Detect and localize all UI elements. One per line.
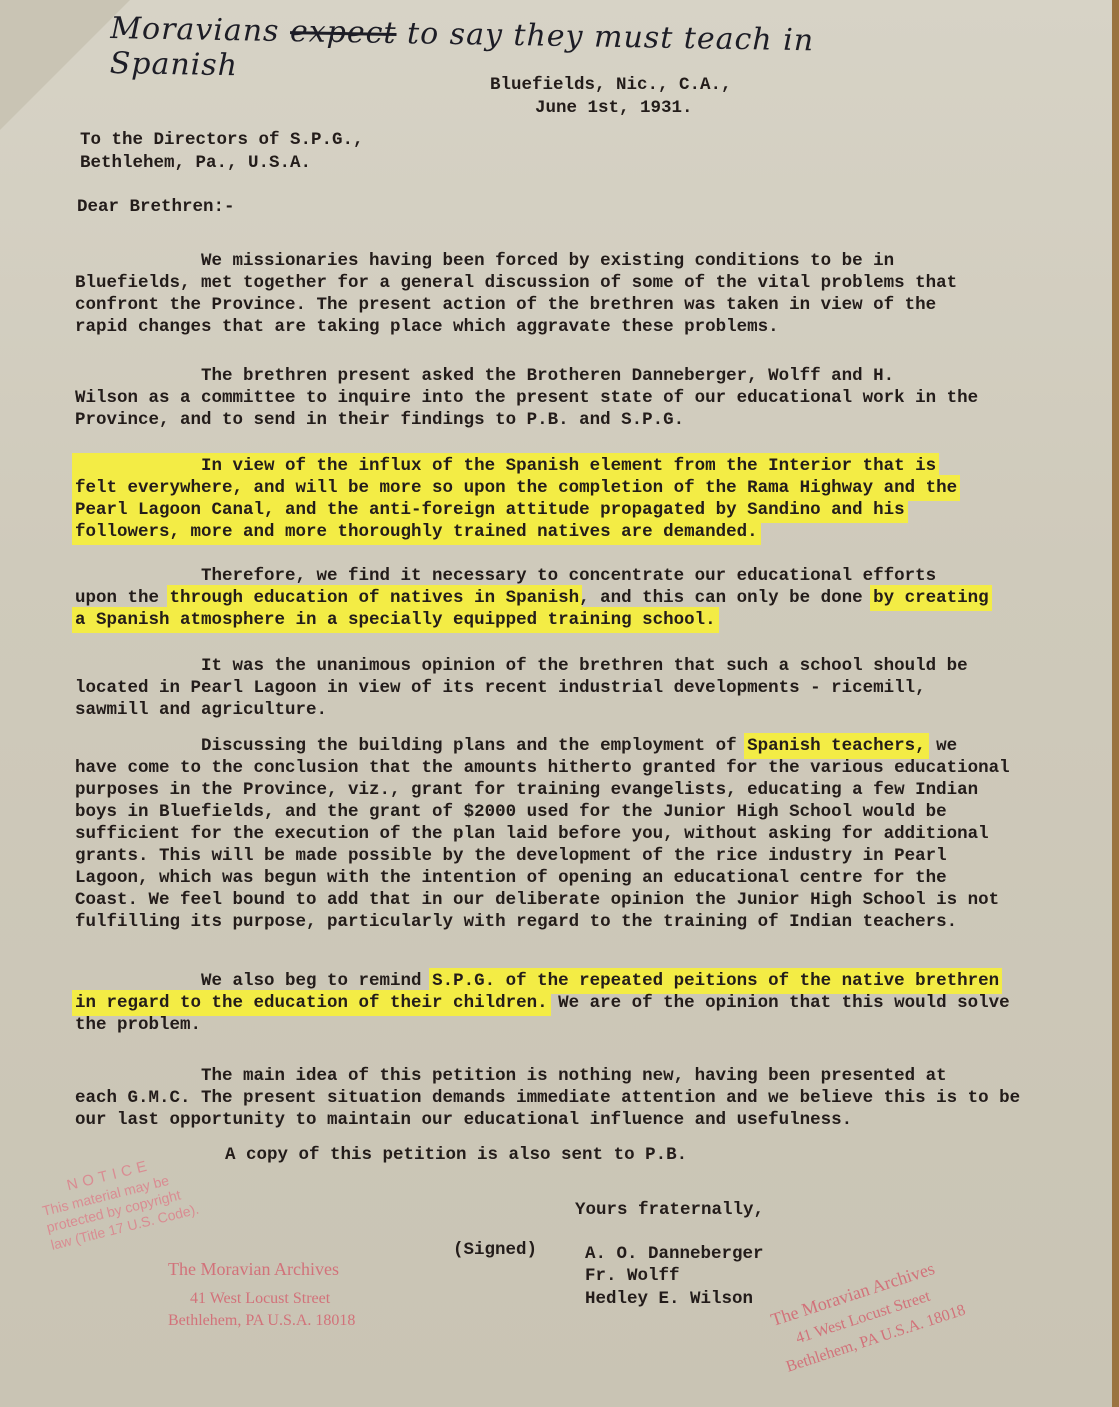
archive-street: 41 West Locust Street bbox=[168, 1289, 355, 1309]
line-text: Therefore, we find it necessary to conce… bbox=[75, 566, 936, 586]
paragraph-line: It was the unanimous opinion of the bret… bbox=[75, 655, 1065, 677]
paragraph-line: sufficient for the execution of the plan… bbox=[75, 823, 1065, 845]
paragraph: We missionaries having been forced by ex… bbox=[75, 250, 1065, 338]
paragraph-line: the problem. bbox=[75, 1014, 1065, 1036]
paragraph-line: felt everywhere, and will be more so upo… bbox=[75, 477, 1065, 499]
line-text: have come to the conclusion that the amo… bbox=[75, 758, 1010, 778]
addressee-line-2: Bethlehem, Pa., U.S.A. bbox=[80, 153, 311, 173]
line-text: It was the unanimous opinion of the bret… bbox=[75, 656, 968, 676]
line-text: Province, and to send in their findings … bbox=[75, 410, 684, 430]
copy-note: A copy of this petition is also sent to … bbox=[225, 1145, 687, 1165]
paragraph-line: purposes in the Province, viz., grant fo… bbox=[75, 779, 1065, 801]
paragraph: The main idea of this petition is nothin… bbox=[75, 1065, 1065, 1131]
highlighted-text: S.P.G. of the repeated peitions of the n… bbox=[432, 971, 999, 991]
page-edge bbox=[1112, 0, 1119, 1407]
paragraph-line: We also beg to remind S.P.G. of the repe… bbox=[75, 970, 1065, 992]
paragraph-line: Province, and to send in their findings … bbox=[75, 409, 1065, 431]
signatory-2: Fr. Wolff bbox=[585, 1266, 680, 1286]
paragraph-line: We missionaries having been forced by ex… bbox=[75, 250, 1065, 272]
paragraph-line: Pearl Lagoon Canal, and the anti-foreign… bbox=[75, 499, 1065, 521]
place-line: Bluefields, Nic., C.A., bbox=[490, 75, 732, 95]
line-text: We missionaries having been forced by ex… bbox=[75, 251, 894, 271]
highlighted-text: followers, more and more thoroughly trai… bbox=[75, 522, 758, 542]
paragraph: The brethren present asked the Brotheren… bbox=[75, 365, 1065, 431]
line-text: Wilson as a committee to inquire into th… bbox=[75, 388, 978, 408]
line-text: We also beg to remind bbox=[75, 971, 432, 991]
paragraph-line: a Spanish atmosphere in a specially equi… bbox=[75, 609, 1065, 631]
line-text: rapid changes that are taking place whic… bbox=[75, 317, 779, 337]
paragraph-line: our last opportunity to maintain our edu… bbox=[75, 1109, 1065, 1131]
line-text: we bbox=[926, 736, 958, 756]
paragraph-line: In view of the influx of the Spanish ele… bbox=[75, 455, 1065, 477]
paragraph-line: sawmill and agriculture. bbox=[75, 699, 1065, 721]
date-line: June 1st, 1931. bbox=[535, 98, 693, 118]
closing: Yours fraternally, bbox=[575, 1200, 764, 1220]
archive-city: Bethlehem, PA U.S.A. 18018 bbox=[168, 1311, 355, 1331]
line-text: located in Pearl Lagoon in view of its r… bbox=[75, 678, 926, 698]
letter-page: Moravians expect to say they must teach … bbox=[0, 0, 1112, 1407]
paragraph-line: followers, more and more thoroughly trai… bbox=[75, 521, 1065, 543]
line-text: the problem. bbox=[75, 1015, 201, 1035]
line-text: Bluefields, met together for a general d… bbox=[75, 273, 957, 293]
highlighted-text: Pearl Lagoon Canal, and the anti-foreign… bbox=[75, 500, 905, 520]
line-text: , and this can only be done bbox=[579, 588, 873, 608]
line-text: confront the Province. The present actio… bbox=[75, 295, 936, 315]
line-text: The main idea of this petition is nothin… bbox=[75, 1066, 947, 1086]
paragraph-line: grants. This will be made possible by th… bbox=[75, 845, 1065, 867]
line-text: upon the bbox=[75, 588, 170, 608]
highlighted-text: in regard to the education of their chil… bbox=[75, 993, 548, 1013]
line-text: boys in Bluefields, and the grant of $20… bbox=[75, 802, 947, 822]
signed-label: (Signed) bbox=[453, 1240, 537, 1260]
line-text: sufficient for the execution of the plan… bbox=[75, 824, 989, 844]
archive-stamp-left: The Moravian Archives 41 West Locust Str… bbox=[168, 1258, 355, 1331]
paragraph-line: Therefore, we find it necessary to conce… bbox=[75, 565, 1065, 587]
line-text: Coast. We feel bound to add that in our … bbox=[75, 890, 999, 910]
line-text: We are of the opinion that this would so… bbox=[548, 993, 1010, 1013]
paragraph: In view of the influx of the Spanish ele… bbox=[75, 455, 1065, 543]
paragraph-line: rapid changes that are taking place whic… bbox=[75, 316, 1065, 338]
paragraph-line: boys in Bluefields, and the grant of $20… bbox=[75, 801, 1065, 823]
paragraph-line: fulfilling its purpose, particularly wit… bbox=[75, 911, 1065, 933]
paragraph: It was the unanimous opinion of the bret… bbox=[75, 655, 1065, 721]
addressee-line-1: To the Directors of S.P.G., bbox=[80, 130, 364, 150]
line-text: grants. This will be made possible by th… bbox=[75, 846, 947, 866]
line-text: sawmill and agriculture. bbox=[75, 700, 327, 720]
archive-stamp-right: The Moravian Archives 41 West Locust Str… bbox=[768, 1252, 968, 1377]
paragraph-line: in regard to the education of their chil… bbox=[75, 992, 1065, 1014]
highlighted-text: In view of the influx of the Spanish ele… bbox=[75, 456, 936, 476]
paragraph-line: have come to the conclusion that the amo… bbox=[75, 757, 1065, 779]
line-text: our last opportunity to maintain our edu… bbox=[75, 1110, 852, 1130]
salutation: Dear Brethren:- bbox=[77, 197, 235, 217]
paragraph: Therefore, we find it necessary to conce… bbox=[75, 565, 1065, 631]
paragraph-line: upon the through education of natives in… bbox=[75, 587, 1065, 609]
paragraph: Discussing the building plans and the em… bbox=[75, 735, 1065, 933]
paragraph-line: located in Pearl Lagoon in view of its r… bbox=[75, 677, 1065, 699]
line-text: The brethren present asked the Brotheren… bbox=[75, 366, 894, 386]
line-text: purposes in the Province, viz., grant fo… bbox=[75, 780, 978, 800]
copyright-notice-stamp: NOTICE This material may be protected by… bbox=[36, 1148, 201, 1254]
archive-name: The Moravian Archives bbox=[168, 1259, 339, 1279]
paragraph-line: The brethren present asked the Brotheren… bbox=[75, 365, 1065, 387]
highlighted-text: a Spanish atmosphere in a specially equi… bbox=[75, 610, 716, 630]
paragraph: We also beg to remind S.P.G. of the repe… bbox=[75, 970, 1065, 1036]
highlighted-text: through education of natives in Spanish bbox=[170, 588, 580, 608]
paragraph-line: Lagoon, which was begun with the intenti… bbox=[75, 867, 1065, 889]
signatory-1: A. O. Danneberger bbox=[585, 1244, 764, 1264]
line-text: fulfilling its purpose, particularly wit… bbox=[75, 912, 957, 932]
highlighted-text: by creating bbox=[873, 588, 989, 608]
paragraph-line: confront the Province. The present actio… bbox=[75, 294, 1065, 316]
line-text: Lagoon, which was begun with the intenti… bbox=[75, 868, 947, 888]
paragraph-line: Bluefields, met together for a general d… bbox=[75, 272, 1065, 294]
line-text: Discussing the building plans and the em… bbox=[75, 736, 747, 756]
highlighted-text: felt everywhere, and will be more so upo… bbox=[75, 478, 957, 498]
paragraph-line: Discussing the building plans and the em… bbox=[75, 735, 1065, 757]
paragraph-line: each G.M.C. The present situation demand… bbox=[75, 1087, 1065, 1109]
handwritten-struck-word: expect bbox=[290, 14, 397, 51]
paragraph-line: Wilson as a committee to inquire into th… bbox=[75, 387, 1065, 409]
handwritten-word: Moravians bbox=[110, 11, 280, 49]
signatory-3: Hedley E. Wilson bbox=[585, 1289, 753, 1309]
paragraph-line: Coast. We feel bound to add that in our … bbox=[75, 889, 1065, 911]
line-text: each G.M.C. The present situation demand… bbox=[75, 1088, 1020, 1108]
paragraph-line: The main idea of this petition is nothin… bbox=[75, 1065, 1065, 1087]
highlighted-text: Spanish teachers, bbox=[747, 736, 926, 756]
